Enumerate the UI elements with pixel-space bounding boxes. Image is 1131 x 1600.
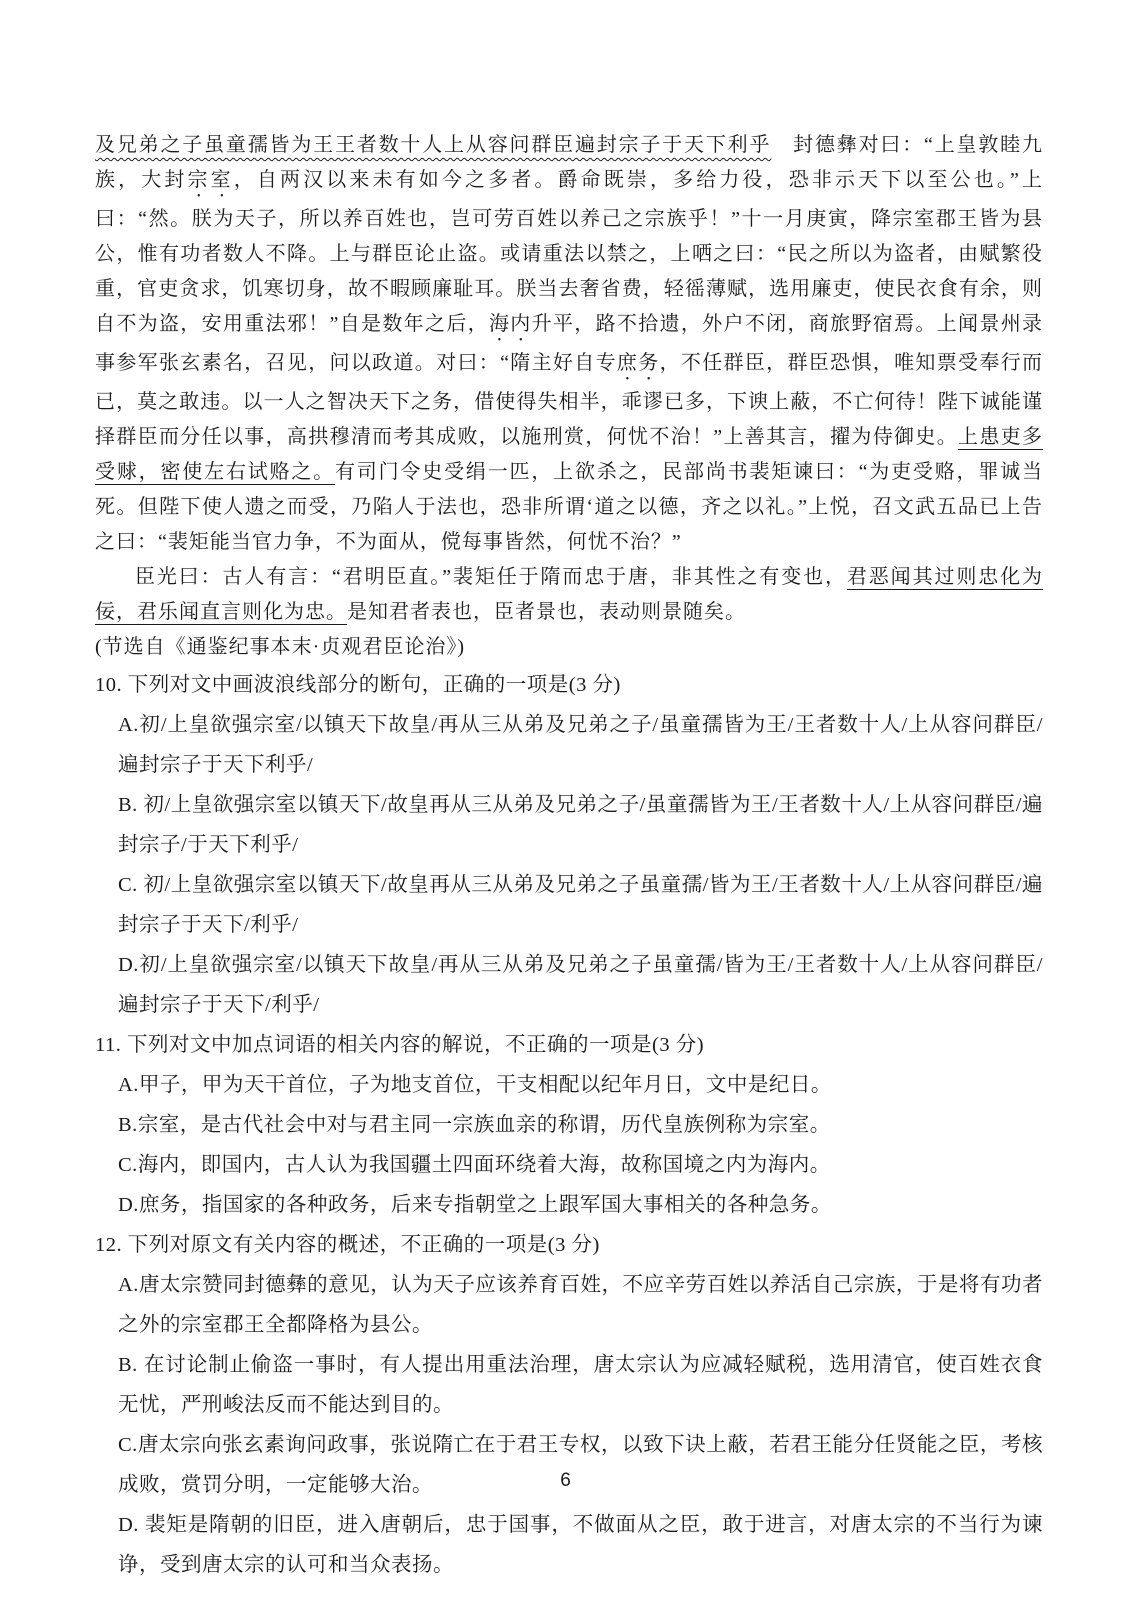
option-label: D. [118,1194,139,1216]
option-label: C. [118,1154,138,1176]
page-number: 6 [0,1470,1131,1492]
question-11-option-a: A.甲子，甲为天干首位，子为地支首位，干支相配以纪年月日，文中是纪日。 [118,1065,1043,1105]
passage-text-2: ，自两汉以来未有如今之多者。爵命既崇，多给力役，恐非示天下以至公也。”上曰：“然… [95,169,1043,335]
option-text: 初/上皇欲强宗室/以镇天下故皇/再从三从弟及兄弟之子/虽童孺皆为王/王者数十人/… [118,714,1043,776]
dotted-term-zongshi: 宗室 [188,169,234,191]
question-12-option-d: D. 裴矩是隋朝的旧臣，进入唐朝后，忠于国事，不做面从之臣，敢于进言，对唐太宗的… [118,1505,1043,1585]
option-label: C. [118,1434,138,1456]
question-10-option-d: D.初/上皇欲强宗室/以镇天下故皇/再从三从弟及兄弟之子虽童孺/皆为王/王者数十… [118,945,1043,1025]
source-attribution: (节选自《通鉴纪事本末·贞观君臣论治》) [95,630,1043,665]
question-12-stem: 12. 下列对原文有关内容的概述，不正确的一项是(3 分) [95,1225,1043,1265]
dotted-term-shuwu: 庶务 [617,352,660,374]
wavy-underlined-clause: 及兄弟之子虽童孺皆为王王者数十人上从容问群臣遍封宗子于天下利乎 [95,134,771,156]
passage-paragraph-1: 及兄弟之子虽童孺皆为王王者数十人上从容问群臣遍封宗子于天下利乎 封德彝对曰：“上… [95,128,1043,560]
passage-paragraph-2: 臣光曰：古人有言：“君明臣直。”裴矩任于隋而忠于唐，非其性之有变也，君恶闻其过则… [95,560,1043,630]
option-label: A. [118,1074,139,1096]
questions-section: 10. 下列对文中画波浪线部分的断句，正确的一项是(3 分) A.初/上皇欲强宗… [95,665,1043,1585]
classical-passage: 及兄弟之子虽童孺皆为王王者数十人上从容问群臣遍封宗子于天下利乎 封德彝对曰：“上… [95,128,1043,665]
option-text: 甲子，甲为天干首位，子为地支首位，干支相配以纪年月日，文中是纪日。 [139,1074,832,1096]
question-10-option-c: C. 初/上皇欲强宗室以镇天下/故皇再从三从弟及兄弟之子虽童孺/皆为王/王者数十… [118,865,1043,945]
question-10-option-a: A.初/上皇欲强宗室/以镇天下故皇/再从三从弟及兄弟之子/虽童孺皆为王/王者数十… [118,705,1043,785]
question-10-option-b: B. 初/上皇欲强宗室以镇天下/故皇再从三从弟及兄弟之子/虽童孺皆为王/王者数十… [118,785,1043,865]
question-12-option-b: B. 在讨论制止偷盗一事时，有人提出用重法治理，唐太宗认为应减轻赋税，选用清官，… [118,1345,1043,1425]
option-text: 唐太宗赞同封德彝的意见，认为天子应该养育百姓，不应辛劳百姓以养活自己宗族，于是将… [118,1274,1043,1336]
option-text: 在讨论制止偷盗一事时，有人提出用重法治理，唐太宗认为应减轻赋税，选用清官，使百姓… [118,1354,1043,1416]
option-label: A. [118,714,139,736]
option-label: D. [118,1514,139,1536]
option-text: 宗室，是古代社会中对与君主同一宗族血亲的称谓，历代皇族例称为宗室。 [138,1114,831,1136]
option-label: B. [118,1354,138,1376]
dotted-term-hainei: 海内 [489,313,532,335]
option-text: 初/上皇欲强宗室/以镇天下故皇/再从三从弟及兄弟之子虽童孺/皆为王/王者数十人/… [118,954,1043,1016]
question-12-option-c: C.唐太宗向张玄素询问政事，张说隋亡在于君王专权，以致下诀上蔽，若君王能分任贤能… [118,1425,1043,1505]
option-text: 初/上皇欲强宗室以镇天下/故皇再从三从弟及兄弟之子虽童孺/皆为王/王者数十人/上… [118,874,1043,936]
exam-page: 及兄弟之子虽童孺皆为王王者数十人上从容问群臣遍封宗子于天下利乎 封德彝对曰：“上… [0,0,1131,1600]
question-10-stem: 10. 下列对文中画波浪线部分的断句，正确的一项是(3 分) [95,665,1043,705]
passage-text-6: 臣光曰：古人有言：“君明臣直。”裴矩任于隋而忠于唐，非其性之有变也， [135,566,847,588]
option-label: A. [118,1274,139,1296]
question-12-option-a: A.唐太宗赞同封德彝的意见，认为天子应该养育百姓，不应辛劳百姓以养活自己宗族，于… [118,1265,1043,1345]
question-11-option-c: C.海内，即国内，古人认为我国疆土四面环绕着大海，故称国境之内为海内。 [118,1145,1043,1185]
option-label: C. [118,874,138,896]
question-11-option-d: D.庶务，指国家的各种政务，后来专指朝堂之上跟军国大事相关的各种急务。 [118,1185,1043,1225]
question-11-option-b: B.宗室，是古代社会中对与君主同一宗族血亲的称谓，历代皇族例称为宗室。 [118,1105,1043,1145]
passage-text-7: 是知君者表也，臣者景也，表动则景随矣。 [347,601,746,623]
option-text: 初/上皇欲强宗室以镇天下/故皇再从三从弟及兄弟之子/虽童孺皆为王/王者数十人/上… [118,794,1043,856]
option-label: B. [118,794,138,816]
option-text: 庶务，指国家的各种政务，后来专指朝堂之上跟军国大事相关的各种急务。 [139,1194,832,1216]
option-text: 裴矩是隋朝的旧臣，进入唐朝后，忠于国事，不做面从之臣，敢于进言，对唐太宗的不当行… [118,1514,1043,1576]
option-text: 海内，即国内，古人认为我国疆土四面环绕着大海，故称国境之内为海内。 [138,1154,831,1176]
question-11-stem: 11. 下列对文中加点词语的相关内容的解说，不正确的一项是(3 分) [95,1025,1043,1065]
option-label: D. [118,954,139,976]
option-label: B. [118,1114,138,1136]
